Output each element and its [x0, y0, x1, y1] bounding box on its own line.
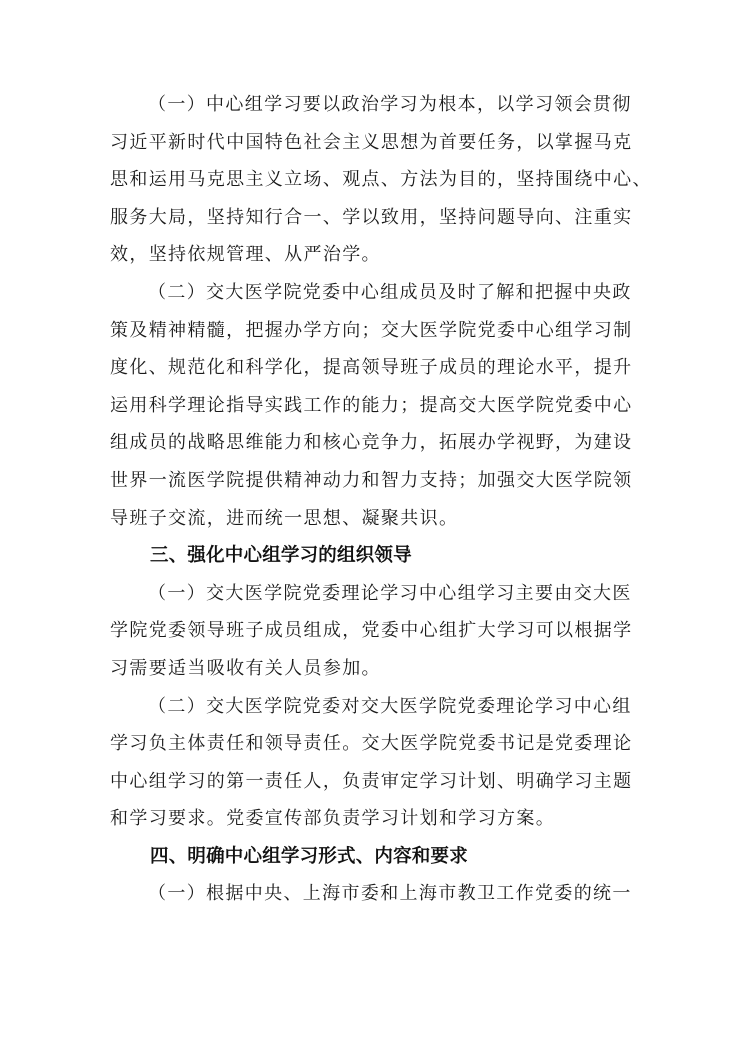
text-line: 思和运用马克思主义立场、观点、方法为目的，坚持围绕中心、: [110, 161, 635, 199]
text-line: （一）根据中央、上海市委和上海市教卫工作党委的统一: [110, 875, 635, 913]
text-line: 服务大局，坚持知行合一、学以致用，坚持问题导向、注重实: [110, 199, 635, 237]
text-line: 学院党委领导班子成员组成，党委中心组扩大学习可以根据学: [110, 612, 635, 650]
text-line: 世界一流医学院提供精神动力和智力支持；加强交大医学院领: [110, 462, 635, 500]
section-heading-organization: 三、强化中心组学习的组织领导: [110, 537, 635, 575]
text-line: 导班子交流，进而统一思想、凝聚共识。: [110, 500, 635, 538]
paragraph-central-guidance: （一）根据中央、上海市委和上海市教卫工作党委的统一: [110, 875, 635, 913]
text-line: 学习负主体责任和领导责任。交大医学院党委书记是党委理论: [110, 725, 635, 763]
paragraph-composition: （一）交大医学院党委理论学习中心组学习主要由交大医 学院党委领导班子成员组成，党…: [110, 575, 635, 688]
paragraph-political-study: （一）中心组学习要以政治学习为根本，以学习领会贯彻 习近平新时代中国特色社会主义…: [110, 86, 635, 274]
text-line: （一）中心组学习要以政治学习为根本，以学习领会贯彻: [110, 86, 635, 124]
document-page: （一）中心组学习要以政治学习为根本，以学习领会贯彻 习近平新时代中国特色社会主义…: [110, 86, 635, 913]
text-line: 策及精神精髓，把握办学方向；交大医学院党委中心组学习制: [110, 312, 635, 350]
text-line: 运用科学理论指导实践工作的能力；提高交大医学院党委中心: [110, 387, 635, 425]
text-line: （二）交大医学院党委中心组成员及时了解和把握中央政: [110, 274, 635, 312]
text-line: （一）交大医学院党委理论学习中心组学习主要由交大医: [110, 575, 635, 613]
text-line: 中心组学习的第一责任人，负责审定学习计划、明确学习主题: [110, 763, 635, 801]
text-line: 度化、规范化和科学化，提高领导班子成员的理论水平，提升: [110, 349, 635, 387]
text-line: 习近平新时代中国特色社会主义思想为首要任务，以掌握马克: [110, 124, 635, 162]
paragraph-members-goals: （二）交大医学院党委中心组成员及时了解和把握中央政 策及精神精髓，把握办学方向；…: [110, 274, 635, 537]
text-line: 组成员的战略思维能力和核心竞争力，拓展办学视野，为建设: [110, 424, 635, 462]
text-line: 习需要适当吸收有关人员参加。: [110, 650, 635, 688]
paragraph-responsibility: （二）交大医学院党委对交大医学院党委理论学习中心组 学习负主体责任和领导责任。交…: [110, 688, 635, 838]
section-heading-format-content: 四、明确中心组学习形式、内容和要求: [110, 838, 635, 876]
text-line: 效，坚持依规管理、从严治学。: [110, 236, 635, 274]
text-line: 和学习要求。党委宣传部负责学习计划和学习方案。: [110, 800, 635, 838]
text-line: （二）交大医学院党委对交大医学院党委理论学习中心组: [110, 688, 635, 726]
